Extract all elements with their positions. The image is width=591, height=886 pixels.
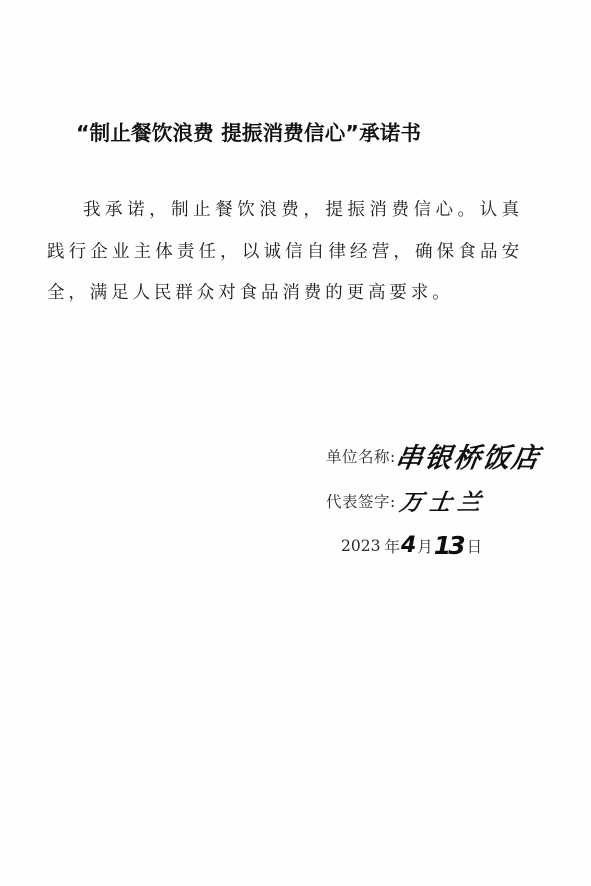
representative-signature-row: 代表签字: 万士兰 xyxy=(326,484,487,517)
date-month-handwritten: 4 xyxy=(401,533,416,558)
representative-signature-label: 代表签字: xyxy=(326,490,396,512)
unit-name-row: 单位名称: 串银桥饭店 xyxy=(326,436,541,475)
date-row: 2023 年 4 月 13 日 xyxy=(341,531,482,560)
date-year: 2023 xyxy=(341,537,380,555)
document-page: “制止餐饮浪费 提振消费信心”承诺书 我承诺，制止餐饮浪费，提振消费信心。认真践… xyxy=(0,0,591,886)
representative-signature: 万士兰 xyxy=(397,484,489,517)
date-year-suffix: 年 xyxy=(384,535,400,557)
date-day-suffix: 日 xyxy=(467,535,483,557)
document-title: “制止餐饮浪费 提振消费信心”承诺书 xyxy=(76,118,516,148)
unit-name-handwritten-value: 串银桥饭店 xyxy=(393,436,543,475)
date-month-suffix: 月 xyxy=(417,535,433,557)
pledge-body-paragraph: 我承诺，制止餐饮浪费，提振消费信心。认真践行企业主体责任，以诚信自律经营，确保食… xyxy=(47,190,523,315)
date-day-handwritten: 13 xyxy=(434,531,463,560)
unit-name-label: 单位名称: xyxy=(326,445,396,467)
